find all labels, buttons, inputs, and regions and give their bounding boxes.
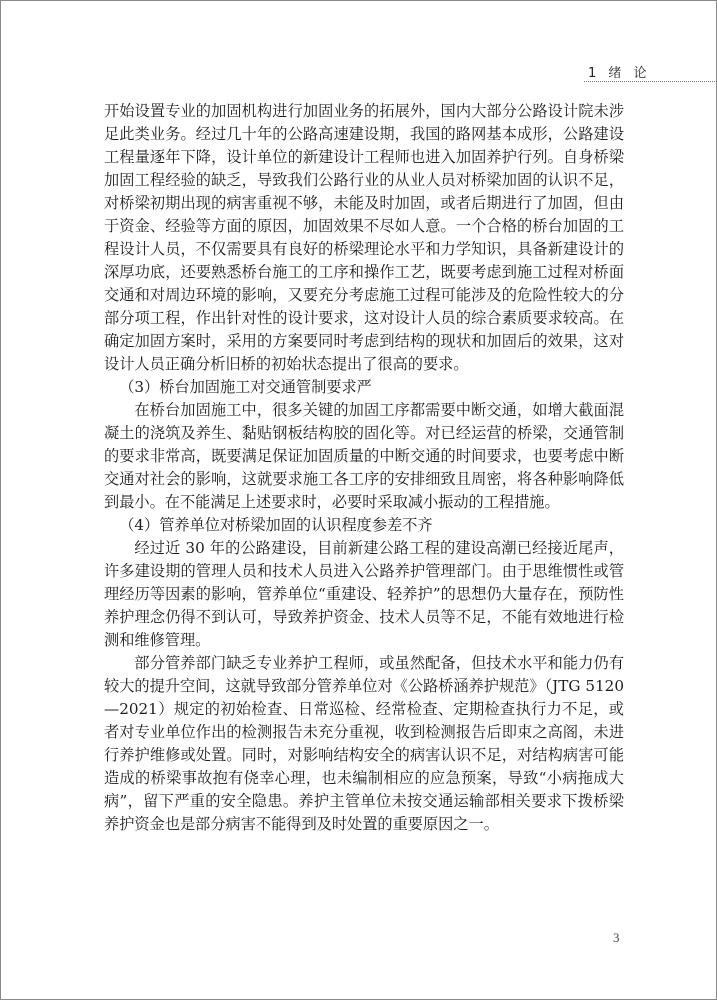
paragraph: 经过近 30 年的公路建设，目前新建公路工程的建设高潮已经接近尾声，许多建设期的… <box>104 537 624 652</box>
paragraph-continuation: 开始设置专业的加固机构进行加固业务的拓展外，国内大部分公路设计院未涉足此类业务。… <box>104 100 624 376</box>
paragraph: 在桥台加固施工中，很多关键的加固工序都需要中断交通，如增大截面混凝土的浇筑及养生… <box>104 399 624 514</box>
book-page: 1 绪 论 开始设置专业的加固机构进行加固业务的拓展外，国内大部分公路设计院未涉… <box>0 0 717 1000</box>
section-heading-4: （4）管养单位对桥梁加固的认识程度参差不齐 <box>104 514 624 537</box>
section-heading-3: （3）桥台加固施工对交通管制要求严 <box>104 376 624 399</box>
chapter-title: 1 绪 论 <box>588 62 651 81</box>
page-number: 3 <box>613 930 620 946</box>
body-text: 开始设置专业的加固机构进行加固业务的拓展外，国内大部分公路设计院未涉足此类业务。… <box>104 100 624 836</box>
running-head: 1 绪 论 <box>584 61 717 82</box>
paragraph: 部分管养部门缺乏专业养护工程师，或虽然配备，但技术水平和能力仍有较大的提升空间，… <box>104 652 624 836</box>
